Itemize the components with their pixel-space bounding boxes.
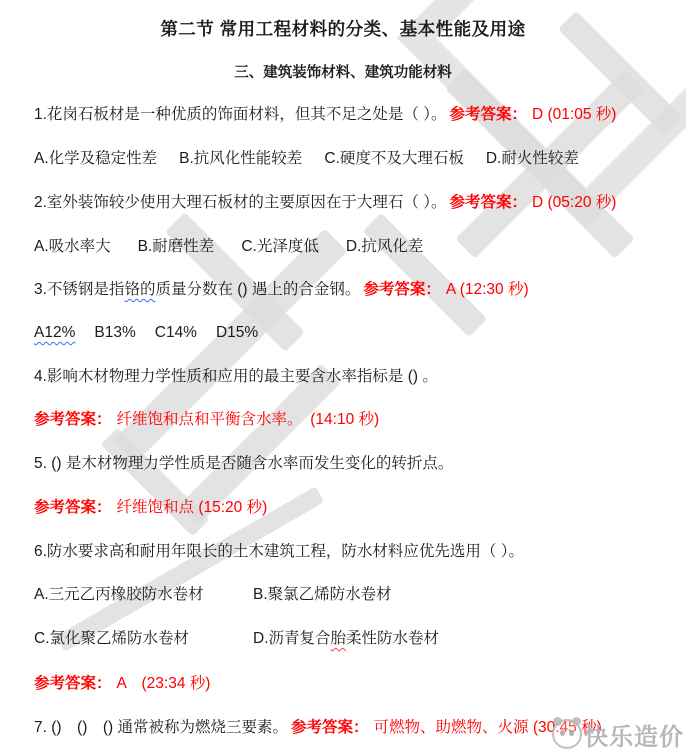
question-3-options: A12%B13%C14%D15% [34,323,686,343]
question-4-answer: 参考答案：纤维饱和点和平衡含水率。 (14:10 秒) [34,410,686,430]
option-b: B13% [94,324,135,341]
option-d: D15% [216,324,258,341]
option-d-text: 柔性防水卷材 [346,630,439,647]
answer-label: 参考答案： [450,194,528,211]
watermark-shape [101,428,210,537]
option-d: D.沥青复合胎柔性防水卷材 [253,629,439,649]
question-2: 2.室外装饰较少使用大理石板材的主要原因在于大理石（ ）。参考答案：D (05:… [34,193,686,213]
answer-label: 参考答案： [34,411,112,428]
option-c: C.硬度不及大理石板 [324,150,464,167]
answer-label: 参考答案： [363,281,441,298]
question-2-options: A.吸水率大B.耐磨性差C.光泽度低D.抗风化差 [34,237,686,257]
option-d-text: D.沥青复合 [253,630,331,647]
option-b: B.耐磨性差 [138,238,215,255]
answer-value: A (23:34 秒) [117,675,211,692]
section-subtitle: 三、建筑装饰材料、建筑功能材料 [0,61,686,82]
question-6-answer: 参考答案：A (23:34 秒) [34,674,686,694]
brand-watermark: 快乐造价 [552,714,684,754]
answer-value: D (01:05 秒) [532,106,616,123]
option-d: D.抗风化差 [346,238,424,255]
panda-logo-icon [552,719,582,749]
option-d-spellcheck: 胎 [331,630,347,647]
question-6: 6.防水要求高和耐用年限长的土木建筑工程，防水材料应优先选用（ ）。 [34,542,686,562]
answer-label: 参考答案： [450,106,528,123]
option-c: C.光泽度低 [241,238,319,255]
document-page: 第二节 常用工程材料的分类、基本性能及用途 三、建筑装饰材料、建筑功能材料 1.… [0,0,686,754]
question-6-options-ab: A.三元乙丙橡胶防水卷材B.聚氯乙烯防水卷材 [34,585,686,605]
question-5-answer: 参考答案：纤维饱和点 (15:20 秒) [34,498,686,518]
option-a: A.化学及稳定性差 [34,150,157,167]
option-a: A12% [34,324,75,341]
answer-value: D (05:20 秒) [532,194,616,211]
option-a: A.三元乙丙橡胶防水卷材 [34,586,204,603]
answer-value: 纤维饱和点 (15:20 秒) [117,499,268,516]
question-text-spellcheck: 铬的 [124,281,155,298]
answer-value: A (12:30 秒) [446,281,529,298]
option-c: C.氯化聚乙烯防水卷材 [34,630,189,647]
option-b: B.聚氯乙烯防水卷材 [253,585,392,605]
question-text: 7. () () () 通常被称为燃烧三要素。 [34,719,288,736]
option-d: D.耐火性较差 [486,150,579,167]
question-text: 2.室外装饰较少使用大理石板材的主要原因在于大理石（ ）。 [34,194,447,211]
question-text: 1.花岗石板材是一种优质的饰面材料，但其不足之处是（ ）。 [34,106,447,123]
question-1: 1.花岗石板材是一种优质的饰面材料，但其不足之处是（ ）。参考答案：D (01:… [34,105,686,125]
question-5: 5. () 是木材物理力学性质是否随含水率而发生变化的转折点。 [34,454,686,474]
answer-label: 参考答案： [34,675,112,692]
question-text: 5. () 是木材物理力学性质是否随含水率而发生变化的转折点。 [34,455,453,472]
question-text: 4.影响木材物理力学性质和应用的最主要含水率指标是 () 。 [34,368,438,385]
question-1-options: A.化学及稳定性差B.抗风化性能较差C.硬度不及大理石板D.耐火性较差 [34,149,686,169]
answer-label: 参考答案： [291,719,369,736]
question-4: 4.影响木材物理力学性质和应用的最主要含水率指标是 () 。 [34,367,686,387]
brand-name: 快乐造价 [584,717,684,752]
question-text: 3.不锈钢是指 [34,281,124,298]
option-b: B.抗风化性能较差 [179,150,302,167]
option-a: A.吸水率大 [34,238,111,255]
question-6-options-cd: C.氯化聚乙烯防水卷材D.沥青复合胎柔性防水卷材 [34,629,686,649]
question-3: 3.不锈钢是指铬的质量分数在 () 遇上的合金钢。参考答案：A (12:30 秒… [34,280,686,300]
option-c: C14% [155,324,197,341]
question-text: 6.防水要求高和耐用年限长的土木建筑工程，防水材料应优先选用（ ）。 [34,543,524,560]
question-text: 质量分数在 () 遇上的合金钢。 [155,281,360,298]
page-title: 第二节 常用工程材料的分类、基本性能及用途 [0,16,686,41]
answer-value: 纤维饱和点和平衡含水率。 (14:10 秒) [117,411,380,428]
answer-label: 参考答案： [34,499,112,516]
